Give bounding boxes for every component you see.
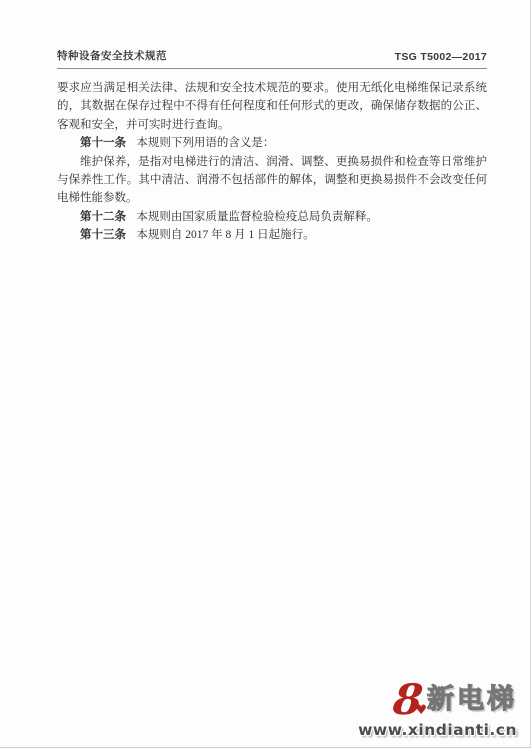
document-page: 特种设备安全技术规范 TSG T5002—2017 要求应当满足相关法律、法规和… — [0, 0, 531, 748]
paragraph-article-11: 第十一条本规则下列用语的含义是： — [57, 134, 487, 152]
header-doc-number: TSG T5002—2017 — [395, 51, 487, 63]
page-content: 特种设备安全技术规范 TSG T5002—2017 要求应当满足相关法律、法规和… — [57, 48, 487, 245]
page-header: 特种设备安全技术规范 TSG T5002—2017 — [57, 48, 487, 69]
xindianti-8-icon: 8 ♥ — [391, 678, 425, 722]
article-12-label: 第十二条 — [80, 211, 126, 223]
paragraph-text: 本规则自 2017 年 8 月 1 日起施行。 — [136, 229, 314, 241]
site-url: www.xindianti.cn — [358, 721, 517, 739]
paragraph-definition: 维护保养，是指对电梯进行的清洁、润滑、调整、更换易损件和检查等日常维护与保养性工… — [57, 153, 487, 208]
paragraph-text: 维护保养，是指对电梯进行的清洁、润滑、调整、更换易损件和检查等日常维护与保养性工… — [57, 156, 487, 205]
body-text: 要求应当满足相关法律、法规和安全技术规范的要求。使用无纸化电梯维保记录系统的，其… — [57, 79, 487, 245]
watermark-logo: 8 ♥ 新电梯 www.xindianti.cn — [358, 680, 517, 739]
paragraph-text: 本规则下列用语的含义是： — [136, 137, 274, 149]
paragraph-article-13: 第十三条本规则自 2017 年 8 月 1 日起施行。 — [57, 226, 487, 244]
paragraph-article-12: 第十二条本规则由国家质量监督检验检疫总局负责解释。 — [57, 208, 487, 226]
paragraph-text: 要求应当满足相关法律、法规和安全技术规范的要求。使用无纸化电梯维保记录系统的，其… — [57, 82, 487, 131]
paragraph-text: 本规则由国家质量监督检验检疫总局负责解释。 — [136, 211, 378, 223]
header-title: 特种设备安全技术规范 — [57, 48, 167, 63]
logo-row: 8 ♥ 新电梯 — [358, 680, 517, 720]
paragraph-continuation: 要求应当满足相关法律、法规和安全技术规范的要求。使用无纸化电梯维保记录系统的，其… — [57, 79, 487, 134]
heart-icon: ♥ — [415, 703, 427, 718]
brand-name: 新电梯 — [427, 685, 517, 715]
article-13-label: 第十三条 — [80, 229, 126, 241]
article-11-label: 第十一条 — [80, 137, 126, 149]
